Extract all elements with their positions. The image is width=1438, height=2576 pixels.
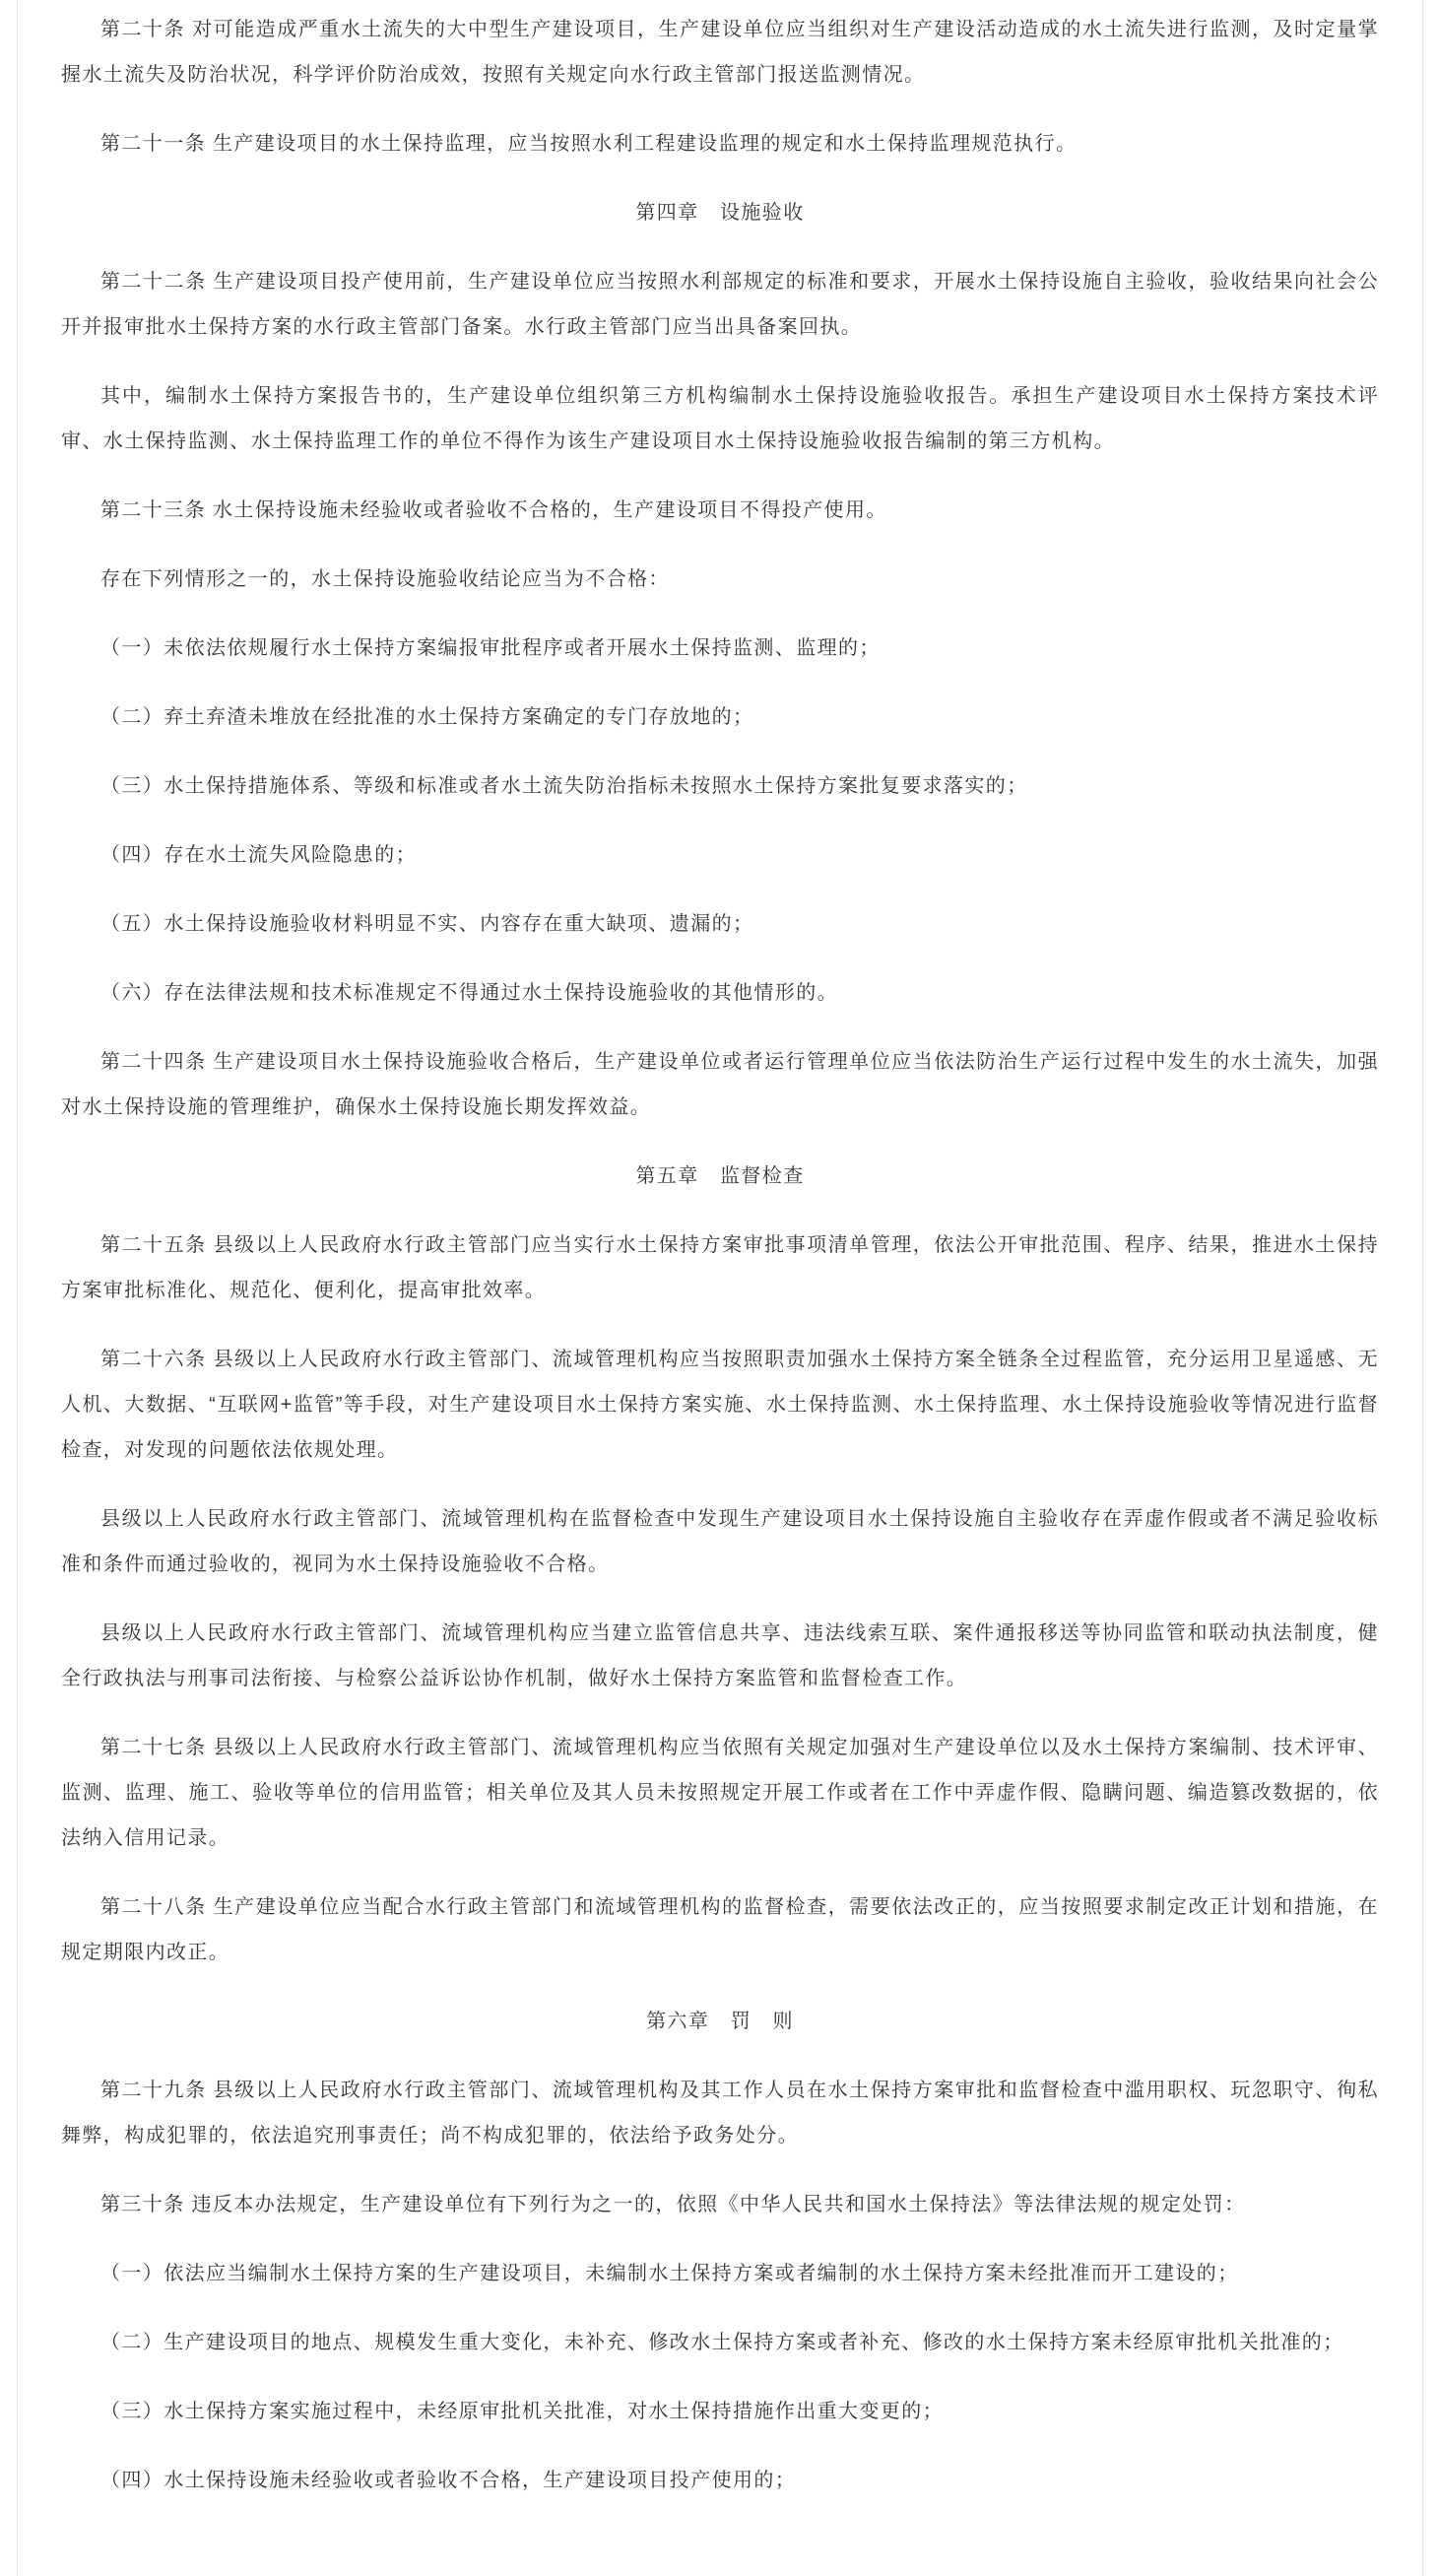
article-paragraph: 第二十九条 县级以上人民政府水行政主管部门、流域管理机构及其工作人员在水土保持方… [61, 2068, 1379, 2158]
document-page: 第二十条 对可能造成严重水土流失的大中型生产建设项目，生产建设单位应当组织对生产… [17, 0, 1423, 2576]
article-paragraph: （三）水土保持措施体系、等级和标准或者水土流失防治指标未按照水土保持方案批复要求… [61, 763, 1379, 809]
article-paragraph: 第二十二条 生产建设项目投产使用前，生产建设单位应当按照水利部规定的标准和要求，… [61, 259, 1379, 350]
chapter-heading: 第六章 罚 则 [61, 1999, 1379, 2044]
article-paragraph: 第二十六条 县级以上人民政府水行政主管部门、流域管理机构应当按照职责加强水土保持… [61, 1337, 1379, 1473]
chapter-heading: 第五章 监督检查 [61, 1154, 1379, 1199]
article-paragraph: 存在下列情形之一的，水土保持设施验收结论应当为不合格： [61, 557, 1379, 602]
article-paragraph: （一）未依法依规履行水土保持方案编报审批程序或者开展水土保持监测、监理的； [61, 626, 1379, 671]
article-paragraph: （四）水土保持设施未经验收或者验收不合格，生产建设项目投产使用的； [61, 2458, 1379, 2503]
chapter-heading: 第四章 设施验收 [61, 190, 1379, 235]
article-paragraph: 其中，编制水土保持方案报告书的，生产建设单位组织第三方机构编制水土保持设施验收报… [61, 373, 1379, 464]
article-paragraph: 第二十五条 县级以上人民政府水行政主管部门应当实行水土保持方案审批事项清单管理，… [61, 1222, 1379, 1313]
article-body: 第二十条 对可能造成严重水土流失的大中型生产建设项目，生产建设单位应当组织对生产… [61, 7, 1379, 2503]
article-paragraph: 县级以上人民政府水行政主管部门、流域管理机构应当建立监管信息共享、违法线索互联、… [61, 1611, 1379, 1701]
article-paragraph: 第二十七条 县级以上人民政府水行政主管部门、流域管理机构应当依照有关规定加强对生… [61, 1725, 1379, 1861]
article-paragraph: （四）存在水土流失风险隐患的； [61, 832, 1379, 878]
article-paragraph: 第二十条 对可能造成严重水土流失的大中型生产建设项目，生产建设单位应当组织对生产… [61, 7, 1379, 98]
article-paragraph: （二）生产建设项目的地点、规模发生重大变化，未补充、修改水土保持方案或者补充、修… [61, 2320, 1379, 2365]
article-paragraph: 县级以上人民政府水行政主管部门、流域管理机构在监督检查中发现生产建设项目水土保持… [61, 1496, 1379, 1587]
article-paragraph: （二）弃土弃渣未堆放在经批准的水土保持方案确定的专门存放地的； [61, 694, 1379, 740]
article-paragraph: 第三十条 违反本办法规定，生产建设单位有下列行为之一的，依照《中华人民共和国水土… [61, 2182, 1379, 2227]
article-paragraph: （五）水土保持设施验收材料明显不实、内容存在重大缺项、遗漏的； [61, 901, 1379, 947]
article-paragraph: 第二十四条 生产建设项目水土保持设施验收合格后，生产建设单位或者运行管理单位应当… [61, 1039, 1379, 1130]
article-paragraph: 第二十八条 生产建设单位应当配合水行政主管部门和流域管理机构的监督检查，需要依法… [61, 1884, 1379, 1975]
article-paragraph: 第二十三条 水土保持设施未经验收或者验收不合格的，生产建设项目不得投产使用。 [61, 488, 1379, 533]
article-paragraph: （六）存在法律法规和技术标准规定不得通过水土保持设施验收的其他情形的。 [61, 970, 1379, 1016]
article-paragraph: 第二十一条 生产建设项目的水土保持监理，应当按照水利工程建设监理的规定和水土保持… [61, 121, 1379, 166]
article-paragraph: （一）依法应当编制水土保持方案的生产建设项目，未编制水土保持方案或者编制的水土保… [61, 2251, 1379, 2296]
article-paragraph: （三）水土保持方案实施过程中，未经原审批机关批准，对水土保持措施作出重大变更的； [61, 2389, 1379, 2434]
